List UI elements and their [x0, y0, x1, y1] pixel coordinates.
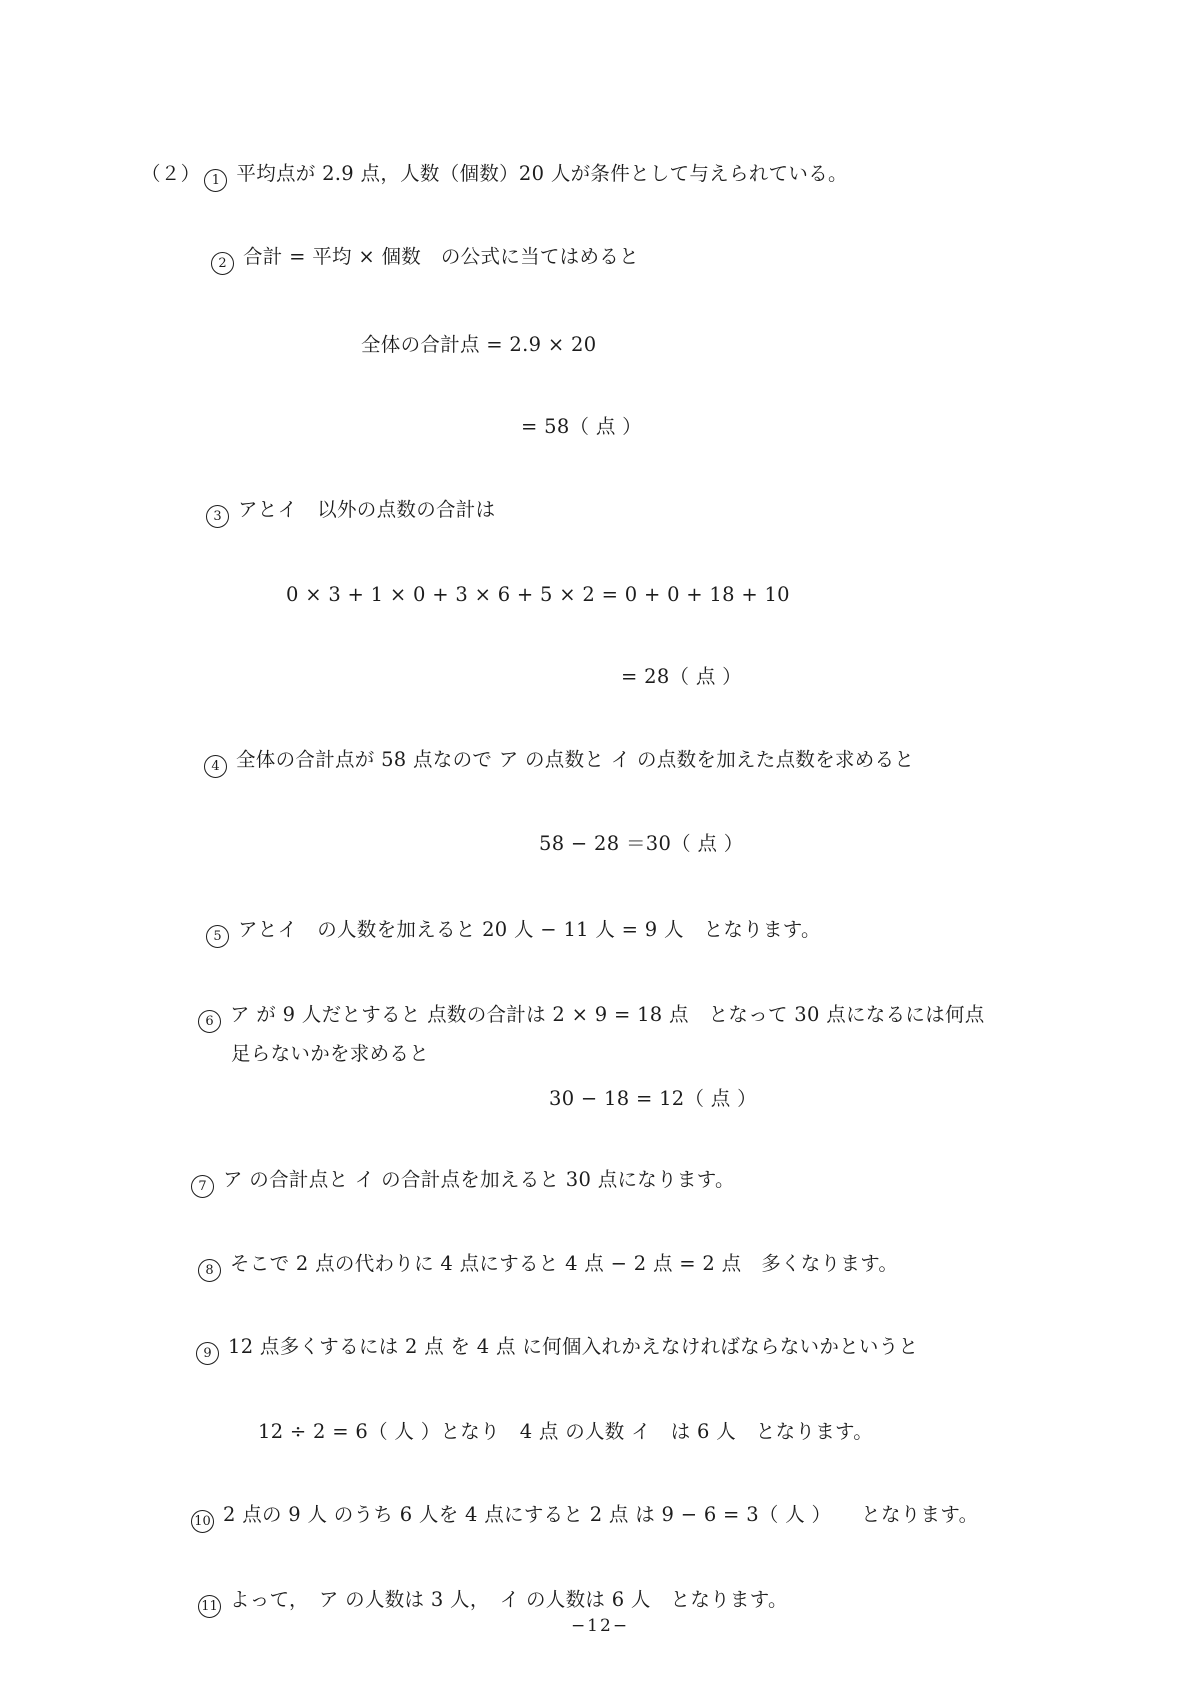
equation-other-scores-result: = 28（ 点 ）: [595, 636, 742, 717]
circled-number-11: 11: [198, 1595, 221, 1618]
step-text: そこで 2 点の代わりに 4 点にすると 4 点 − 2 点 = 2 点 多くな…: [230, 1252, 898, 1275]
step-text: 平均点が 2.9 点，人数（個数）20 人が条件として与えられている。: [236, 162, 847, 185]
step-7-combined-total: 7ア の合計点と イ の合計点を加えると 30 点になります。: [165, 1139, 735, 1225]
equation-other-scores-sum: 0 × 3 + 1 × 0 + 3 × 6 + 5 × 2 = 0 + 0 + …: [260, 554, 790, 635]
document-page: （２）1平均点が 2.9 点，人数（個数）20 人が条件として与えられている。 …: [0, 0, 1200, 1697]
step-text: アとイ 以外の点数の合計は: [238, 498, 495, 521]
step-10-remaining-two-point: 102 点の 9 人 のうち 6 人を 4 点にすると 2 点 は 9 − 6 …: [165, 1474, 978, 1560]
equation-replacement-result: 12 ÷ 2 = 6（ 人 ）となり 4 点 の人数 イ は 6 人 となります…: [232, 1391, 873, 1472]
equation-text: 58 − 28 ＝30（ 点 ）: [539, 832, 744, 855]
equation-remaining-points: 58 − 28 ＝30（ 点 ）: [513, 803, 744, 884]
circled-number-1: 1: [204, 169, 227, 192]
circled-number-3: 3: [206, 505, 229, 528]
problem-number: （２）: [141, 162, 200, 185]
step-text: 2 点の 9 人 のうち 6 人を 4 点にすると 2 点 は 9 − 6 = …: [223, 1503, 978, 1526]
step-text: 合計 = 平均 × 個数 の公式に当てはめると: [243, 245, 639, 268]
step-text: 12 点多くするには 2 点 を 4 点 に何個入れかえなければならないかという…: [228, 1335, 918, 1358]
step-text: アとイ の人数を加えると 20 人 − 11 人 = 9 人 となります。: [238, 918, 821, 941]
step-text: ア の合計点と イ の合計点を加えると 30 点になります。: [223, 1168, 735, 1191]
step-5-remaining-people: 5アとイ の人数を加えると 20 人 − 11 人 = 9 人 となります。: [180, 889, 821, 975]
equation-text: 0 × 3 + 1 × 0 + 3 × 6 + 5 × 2 = 0 + 0 + …: [286, 583, 790, 606]
equation-text: 30 − 18 = 12（ 点 ）: [549, 1087, 757, 1110]
step-8-replacement-effect: 8そこで 2 点の代わりに 4 点にすると 4 点 − 2 点 = 2 点 多く…: [172, 1223, 898, 1309]
step-2-formula: 2合計 = 平均 × 個数 の公式に当てはめると: [185, 216, 639, 302]
step-4-remaining-points: 4全体の合計点が 58 点なので ア の点数と イ の点数を加えた点数を求めると: [178, 719, 914, 805]
step-9-replacement-count: 912 点多くするには 2 点 を 4 点 に何個入れかえなければならないかとい…: [170, 1306, 918, 1392]
equation-shortfall: 30 − 18 = 12（ 点 ）: [523, 1058, 757, 1139]
step-3-other-scores: 3アとイ 以外の点数の合計は: [180, 469, 495, 555]
equation-total-result: = 58（ 点 ）: [495, 386, 642, 467]
circled-number-5: 5: [206, 925, 229, 948]
circled-number-8: 8: [198, 1259, 221, 1282]
circled-number-4: 4: [204, 755, 227, 778]
equation-text: 全体の合計点 = 2.9 × 20: [361, 333, 596, 356]
step-text: 全体の合計点が 58 点なので ア の点数と イ の点数を加えた点数を求めると: [236, 748, 914, 771]
step-text: 足らないかを求めると: [231, 1042, 429, 1065]
step-6-continuation: 足らないかを求めると: [205, 1013, 429, 1094]
equation-text: 12 ÷ 2 = 6（ 人 ）となり 4 点 の人数 イ は 6 人 となります…: [258, 1420, 873, 1443]
equation-text: = 58（ 点 ）: [521, 415, 642, 438]
circled-number-10: 10: [191, 1510, 214, 1533]
page-number: −12−: [0, 1616, 1200, 1636]
equation-text: = 28（ 点 ）: [621, 665, 742, 688]
equation-total-points: 全体の合計点 = 2.9 × 20: [335, 304, 596, 385]
circled-number-7: 7: [191, 1175, 214, 1198]
circled-number-2: 2: [211, 252, 234, 275]
circled-number-9: 9: [196, 1342, 219, 1365]
step-1-conditions: （２）1平均点が 2.9 点，人数（個数）20 人が条件として与えられている。: [115, 133, 848, 219]
step-text: よって， ア の人数は 3 人， イ の人数は 6 人 となります。: [230, 1588, 788, 1611]
